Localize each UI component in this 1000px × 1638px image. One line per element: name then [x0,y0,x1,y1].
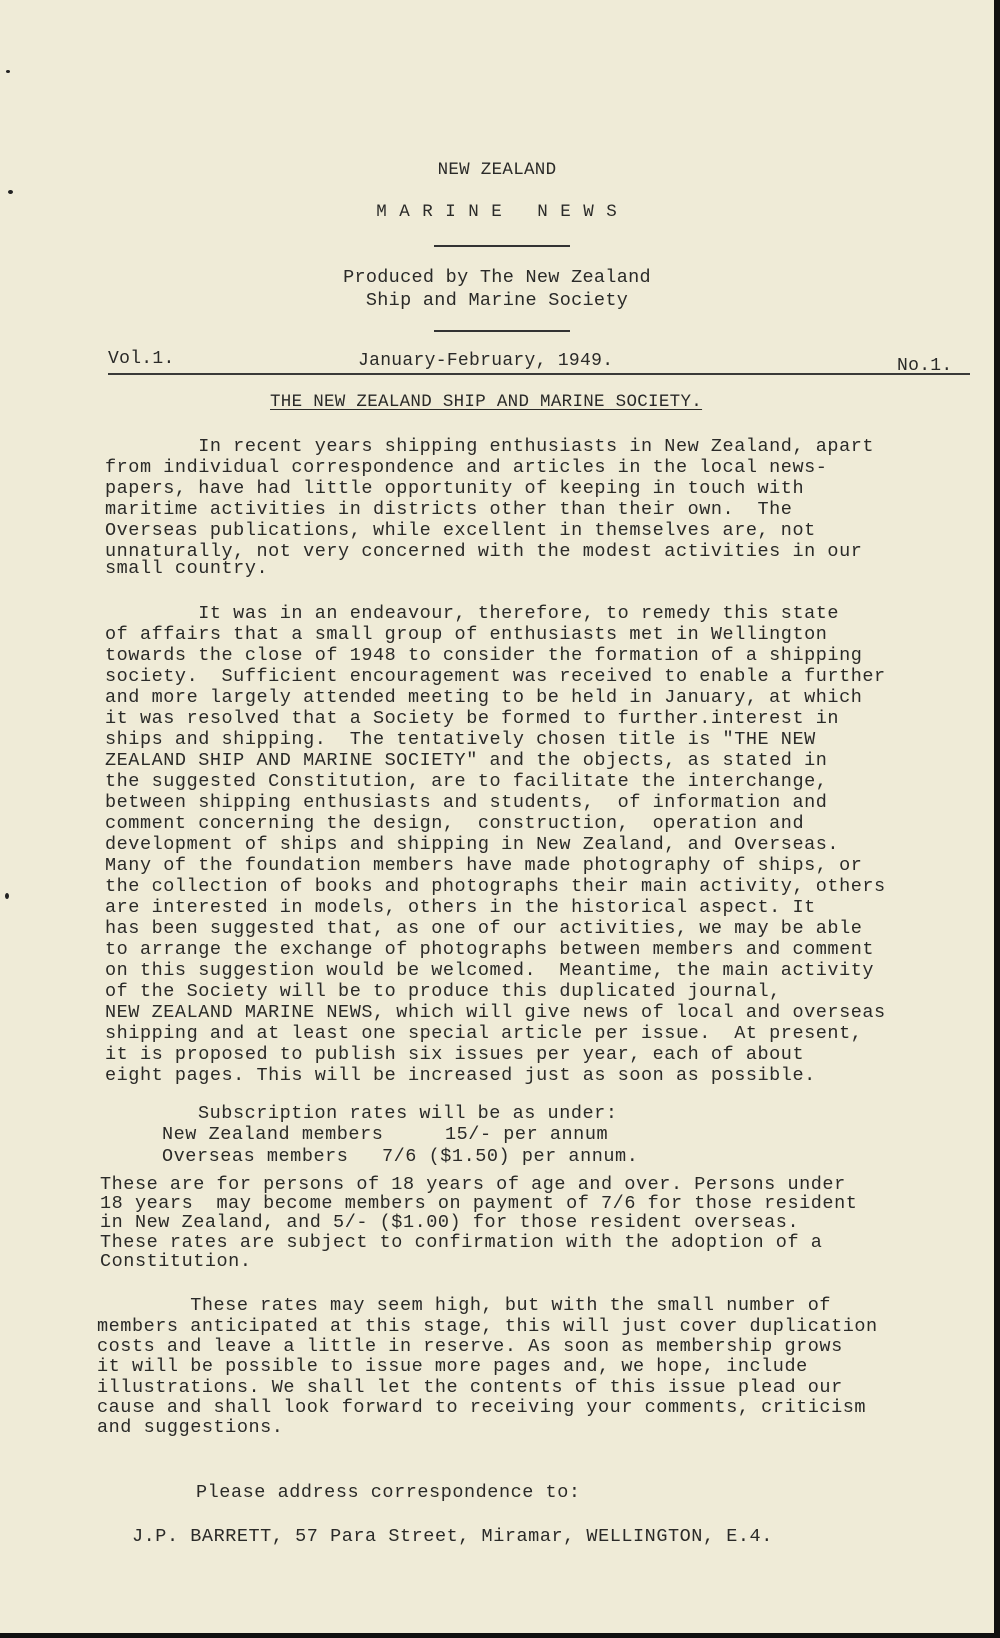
text-line: shipping and at least one special articl… [105,1023,862,1044]
producer-line-2: Ship and Marine Society [0,290,994,311]
text-line: the suggested Constitution, are to facil… [105,771,827,792]
text-line: Overseas publications, while excellent i… [105,520,816,541]
producer-divider [434,330,570,332]
text-line: maritime activities in districts other t… [105,499,792,520]
rate-label-nz: New Zealand members [162,1124,383,1145]
text-line: of affairs that a small group of enthusi… [105,624,827,645]
text-line: between shipping enthusiasts and student… [105,792,827,813]
text-line: Many of the foundation members have made… [105,855,862,876]
rate-label-overseas: Overseas members [162,1146,348,1167]
text-line: costs and leave a little in reserve. As … [97,1336,843,1357]
masthead-title: NEW ZEALAND [0,160,994,181]
text-line: cause and shall look forward to receivin… [97,1397,866,1418]
text-line: and more largely attended meeting to be … [105,687,862,708]
subscription-heading: Subscription rates will be as under: [198,1103,617,1124]
text-line: ships and shipping. The tentatively chos… [105,729,816,750]
text-line: members anticipated at this stage, this … [97,1316,878,1337]
text-line: to arrange the exchange of photographs b… [105,939,874,960]
text-line: has been suggested that, as one of our a… [105,918,862,939]
producer-line-1: Produced by The New Zealand [0,267,994,288]
text-line: These rates may seem high, but with the … [97,1295,831,1316]
text-line: are interested in models, others in the … [105,897,816,918]
text-line: These rates are subject to confirmation … [100,1232,822,1253]
ink-mark [8,190,13,194]
text-line: It was in an endeavour, therefore, to re… [105,603,839,624]
rate-amount-nz: 15/- per annum [445,1124,608,1145]
issue-date: January-February, 1949. [358,351,613,372]
volume-label: Vol.1. [108,349,175,370]
text-line: of the Society will be to produce this d… [105,981,781,1002]
text-line: ZEALAND SHIP AND MARINE SOCIETY" and the… [105,750,827,771]
text-line: papers, have had little opportunity of k… [105,478,804,499]
text-line: small country. [105,558,268,579]
masthead-divider [434,245,570,247]
text-line: eight pages. This will be increased just… [105,1065,816,1086]
text-line: society. Sufficient encouragement was re… [105,666,886,687]
text-line: it was resolved that a Society be formed… [105,708,839,729]
text-line: 18 years may become members on payment o… [100,1193,857,1214]
text-line: These are for persons of 18 years of age… [100,1174,846,1195]
text-line: on this suggestion would be welcomed. Me… [105,960,874,981]
correspondence-label: Please address correspondence to: [196,1482,581,1503]
ink-mark [5,893,9,899]
text-line: comment concerning the design, construct… [105,813,804,834]
text-line: and suggestions. [97,1417,283,1438]
issue-bar-rule [108,373,970,375]
text-line: in New Zealand, and 5/- ($1.00) for thos… [100,1212,799,1233]
text-line: NEW ZEALAND MARINE NEWS, which will give… [105,1002,886,1023]
masthead-subtitle: M A R I N E N E W S [0,202,994,223]
text-line: from individual correspondence and artic… [105,457,827,478]
text-line: towards the close of 1948 to consider th… [105,645,862,666]
text-line: Constitution. [100,1251,251,1272]
article-title: THE NEW ZEALAND SHIP AND MARINE SOCIETY. [270,392,702,413]
mailing-address: J.P. BARRETT, 57 Para Street, Miramar, W… [132,1526,773,1547]
text-line: illustrations. We shall let the contents… [97,1377,843,1398]
ink-mark [6,70,10,73]
text-line: the collection of books and photographs … [105,876,886,897]
text-line: it will be possible to issue more pages … [97,1356,808,1377]
newsletter-page: NEW ZEALAND M A R I N E N E W S Produced… [0,0,994,1633]
text-line: In recent years shipping enthusiasts in … [105,436,874,457]
text-line: it is proposed to publish six issues per… [105,1044,804,1065]
rate-amount-overseas: 7/6 ($1.50) per annum. [382,1146,638,1167]
text-line: development of ships and shipping in New… [105,834,839,855]
